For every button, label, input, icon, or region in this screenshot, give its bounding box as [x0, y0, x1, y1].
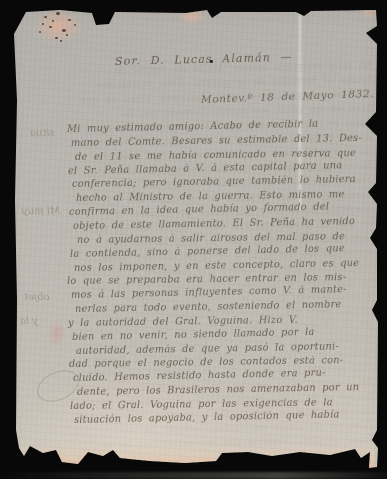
bleedthrough-mark: objet: [24, 292, 49, 303]
ink-speck: [210, 60, 213, 63]
mold-speck: [42, 23, 44, 25]
mold-speck: [44, 16, 47, 18]
mold-speck: [60, 40, 62, 42]
photo-frame: Mi muy estimado amigo: Acabo de recibir …: [0, 0, 387, 479]
table-surface-edge: [0, 472, 387, 479]
letter-paper: Mi muy estimado amigo: Acabo de recibir …: [0, 0, 387, 479]
bleedthrough-mark: y la: [20, 316, 38, 327]
mold-speck: [66, 34, 68, 36]
bleedthrough-mark: situa: [30, 128, 55, 139]
mold-speck: [39, 31, 41, 33]
mold-speck: [62, 29, 66, 32]
mold-speck: [49, 26, 52, 28]
mold-speck: [74, 24, 76, 26]
bleedthrough-mark: Mi muy: [22, 206, 60, 217]
mold-speck: [52, 20, 54, 22]
mold-speck: [68, 19, 71, 21]
mold-speck: [56, 12, 60, 15]
mold-speck: [55, 37, 58, 39]
